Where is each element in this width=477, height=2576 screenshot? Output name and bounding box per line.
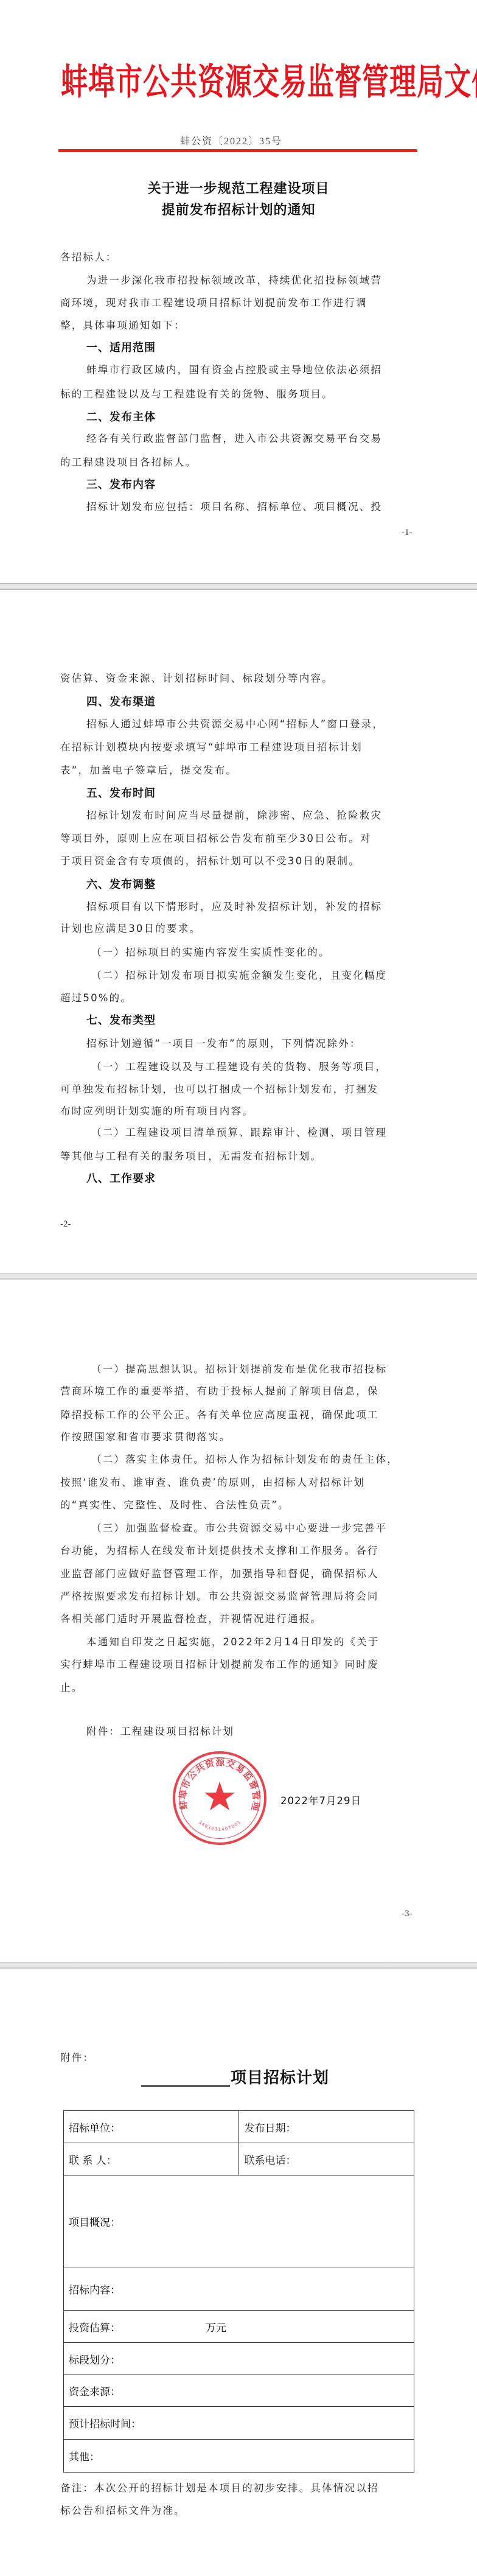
table-row-content: 招标内容： — [64, 2267, 414, 2311]
form-title-blank — [141, 2085, 230, 2087]
remark-line: 备注：本次公开的招标计划是本项目的初步安排。具体情况以招 — [60, 2480, 379, 2494]
requirement-line: 各相关部门适时开展监督检查，并视情况进行通报。 — [60, 1611, 322, 1625]
field-label: 其他： — [69, 2451, 100, 2463]
seal-graphic: 蚌埠市公共资源交易监督管理局3403031407001 — [175, 1754, 264, 1843]
section-line: （一）招标项目的实施内容发生实质性变化的。 — [91, 944, 330, 959]
table-row-overview: 项目概况： — [64, 2175, 414, 2267]
field-label: 预计招标时间： — [69, 2418, 141, 2431]
section-heading-scope: 一、适用范围 — [86, 339, 156, 355]
requirement-line: （二）落实主体责任。招标人作为招标计划发布的责任主体， — [91, 1451, 399, 1466]
table-row-other: 其他： — [64, 2440, 414, 2473]
section-line: 招标计划发布应包括：项目名称、招标单位、项目概况、投 — [86, 499, 382, 513]
issue-date: 2022年7月29日 — [280, 1793, 361, 1807]
field-label: 标段划分： — [69, 2354, 120, 2367]
section-line: 蚌埠市行政区域内，国有资金占控股或主导地位依法必须招 — [86, 362, 382, 376]
field-label: 投资估算： — [69, 2322, 120, 2334]
section-heading-adjust: 六、发布调整 — [86, 876, 156, 892]
section-line: 资估算、资金来源、计划招标时间、标段划分等内容。 — [60, 670, 333, 685]
section-line: 招标项目有以下情形时，应及时补发招标计划，补发的招标 — [86, 898, 382, 913]
form-field[interactable]: 预计招标时间： — [64, 2407, 414, 2440]
page-separator — [0, 1273, 477, 1279]
requirement-line: 实行蚌埠市工程建设项目招标计划提前发布工作的通知》同时废 — [60, 1656, 379, 1671]
requirement-line: （三）加强监督检查。市公共资源交易中心要进一步完善平 — [91, 1520, 387, 1535]
field-label: 发布日期： — [244, 2123, 296, 2135]
requirement-line: 严格按照要求发布招标计划。市公共资源交易监督管理局将会同 — [60, 1588, 379, 1603]
form-field[interactable]: 资金来源： — [64, 2375, 414, 2407]
section-heading-channel: 四、发布渠道 — [86, 693, 156, 709]
intro-line: 商环境，现对我市工程建设项目招标计划提前发布工作进行调 — [60, 295, 367, 309]
unit-label: 万元 — [206, 2322, 226, 2334]
form-field[interactable]: 招标内容： — [64, 2267, 414, 2311]
section-line: （一）工程建设以及与工程建设有关的货物、服务等项目， — [91, 1059, 387, 1073]
red-divider — [58, 149, 417, 152]
star-icon — [204, 1782, 235, 1810]
agency-header: 蚌埠市公共资源交易监督管理局文件 — [61, 52, 477, 105]
attachment-label: 附件： — [60, 2049, 94, 2064]
table-row-lots: 标段划分： — [64, 2343, 414, 2375]
form-title: 项目招标计划 — [231, 2065, 329, 2088]
intro-line: 整，具体事项通知如下： — [60, 317, 186, 332]
remark-line: 标公告和招标文件为准。 — [60, 2502, 186, 2517]
field-label: 资金来源： — [69, 2386, 120, 2398]
table-row-schedule: 预计招标时间： — [64, 2407, 414, 2440]
page-number: -2- — [60, 1219, 71, 1230]
requirement-line: 障招投标工作的公平公正。各有关单位应高度重视，确保此项工 — [60, 1407, 379, 1421]
requirement-line: 的“真实性、完整性、及时性、合法性负责”。 — [60, 1497, 290, 1511]
page-separator — [0, 1962, 477, 1969]
section-line: （二）招标计划发布项目拟实施金额发生变化，且变化幅度 — [91, 967, 387, 982]
form-field[interactable]: 联系电话： — [239, 2143, 414, 2175]
section-line: 在招标计划模块内按要求填写“蚌埠市工程建设项目招标计划 — [60, 739, 363, 754]
form-field[interactable]: 其他： — [64, 2440, 414, 2473]
field-label: 招标单位： — [69, 2123, 120, 2135]
requirement-line: 营商环境工作的重要举措，有助于投标人提前了解项目信息，保 — [60, 1383, 379, 1398]
section-line: 等项目外，原则上应在项目招标公告发布前至少30日公布。对 — [60, 830, 372, 845]
field-label: 项目概况： — [69, 2217, 120, 2229]
form-field[interactable]: 招标单位： — [64, 2111, 239, 2143]
form-field[interactable]: 联 系 人： — [64, 2143, 239, 2175]
section-line: 的工程建设项目各招标人。 — [60, 454, 197, 469]
section-heading-time: 五、发布时间 — [86, 785, 156, 800]
requirement-line: 止。 — [60, 1679, 83, 1694]
section-line: （二）工程建设项目清单预算、跟踪审计、检测、项目管理 — [91, 1124, 387, 1139]
field-label: 招标内容： — [69, 2284, 120, 2297]
section-line: 经各有关行政监督部门监督，进入市公共资源交易平台交易 — [86, 430, 382, 445]
table-row-contact: 联 系 人：联系电话： — [64, 2143, 414, 2175]
form-field[interactable]: 发布日期： — [239, 2111, 414, 2143]
requirement-line: 作按照国家和省市要求贯彻落实。 — [60, 1429, 231, 1443]
requirement-line: 业监督部门应做好监督管理工作，加强指导和督促，确保招标人 — [60, 1566, 379, 1580]
requirement-line: 按照‘谁发布、谁审查、谁负责’的原则，由招标人对招标计划 — [60, 1474, 365, 1489]
field-label: 联 系 人： — [69, 2155, 117, 2167]
page-number: -3- — [402, 1909, 413, 1919]
section-line: 布时应列明计划实施的所有项目内容。 — [60, 1103, 254, 1118]
section-line: 招标计划遵循“一项目一发布”的原则，下列情况除外： — [86, 1035, 361, 1050]
section-line: 可单独发布招标计划，也可以打捆成一个招标计划发布，打捆发 — [60, 1081, 379, 1096]
table-row-funding: 资金来源： — [64, 2375, 414, 2407]
official-seal: 蚌埠市公共资源交易监督管理局3403031407001 — [173, 1751, 266, 1845]
document-viewer: 蚌埠市公共资源交易监督管理局文件蚌公资〔2022〕35号关于进一步规范工程建设项… — [0, 0, 477, 2576]
intro-line: 为进一步深化我市招投标领域改革，持续优化招投标领域营 — [86, 272, 382, 287]
section-line: 表”，加盖电子签章后，提交发布。 — [60, 762, 237, 777]
page-number: -1- — [402, 528, 413, 538]
section-line: 计划也应满足30日的要求。 — [60, 920, 201, 935]
section-heading-requirements: 八、工作要求 — [86, 1170, 156, 1186]
table-row-investment: 投资估算：万元 — [64, 2311, 414, 2343]
form-field[interactable]: 投资估算：万元 — [64, 2311, 414, 2343]
svg-text:3403031407001: 3403031407001 — [198, 1819, 242, 1832]
document-title-line2: 提前发布招标计划的通知 — [0, 200, 477, 219]
section-line: 招标计划发布时间应当尽量提前，除涉密、应急、抢险救灾 — [86, 807, 382, 822]
section-line: 超过50%的。 — [60, 990, 132, 1004]
form-field[interactable]: 项目概况： — [64, 2175, 414, 2267]
section-line: 等其他与工程有关的服务项目，无需发布招标计划。 — [60, 1148, 322, 1163]
section-line: 于项目资金含有专项债的，招标计划可以不受30日的限制。 — [60, 853, 360, 867]
section-line: 标的工程建设以及与工程建设有关的货物、服务项目。 — [60, 386, 333, 401]
section-heading-publisher: 二、发布主体 — [86, 408, 156, 424]
requirement-line: 本通知自印发之日起实施，2022年2月14日印发的《关于 — [86, 1634, 380, 1648]
section-heading-content: 三、发布内容 — [86, 476, 156, 492]
field-label: 联系电话： — [244, 2155, 296, 2167]
document-number: 蚌公资〔2022〕35号 — [180, 133, 282, 147]
section-heading-type: 七、发布类型 — [86, 1012, 156, 1027]
page-separator — [0, 583, 477, 590]
requirement-line: （一）提高思想认识。招标计划提前发布是优化我市招投标 — [91, 1361, 387, 1376]
form-field[interactable]: 标段划分： — [64, 2343, 414, 2375]
section-line: 招标人通过蚌埠市公共资源交易中心网“招标人”窗口登录， — [86, 716, 384, 730]
attachment-note: 附件：工程建设项目招标计划 — [86, 1723, 234, 1738]
salutation: 各招标人： — [60, 249, 117, 264]
requirement-line: 台功能，为招标人在线发布计划提供技术支撑和工作服务。各行 — [60, 1542, 379, 1557]
document-title-line1: 关于进一步规范工程建设项目 — [0, 178, 477, 197]
bidding-plan-table: 招标单位：发布日期：联 系 人：联系电话：项目概况：招标内容：投资估算：万元标段… — [63, 2110, 414, 2473]
table-row-bidder-unit: 招标单位：发布日期： — [64, 2111, 414, 2143]
